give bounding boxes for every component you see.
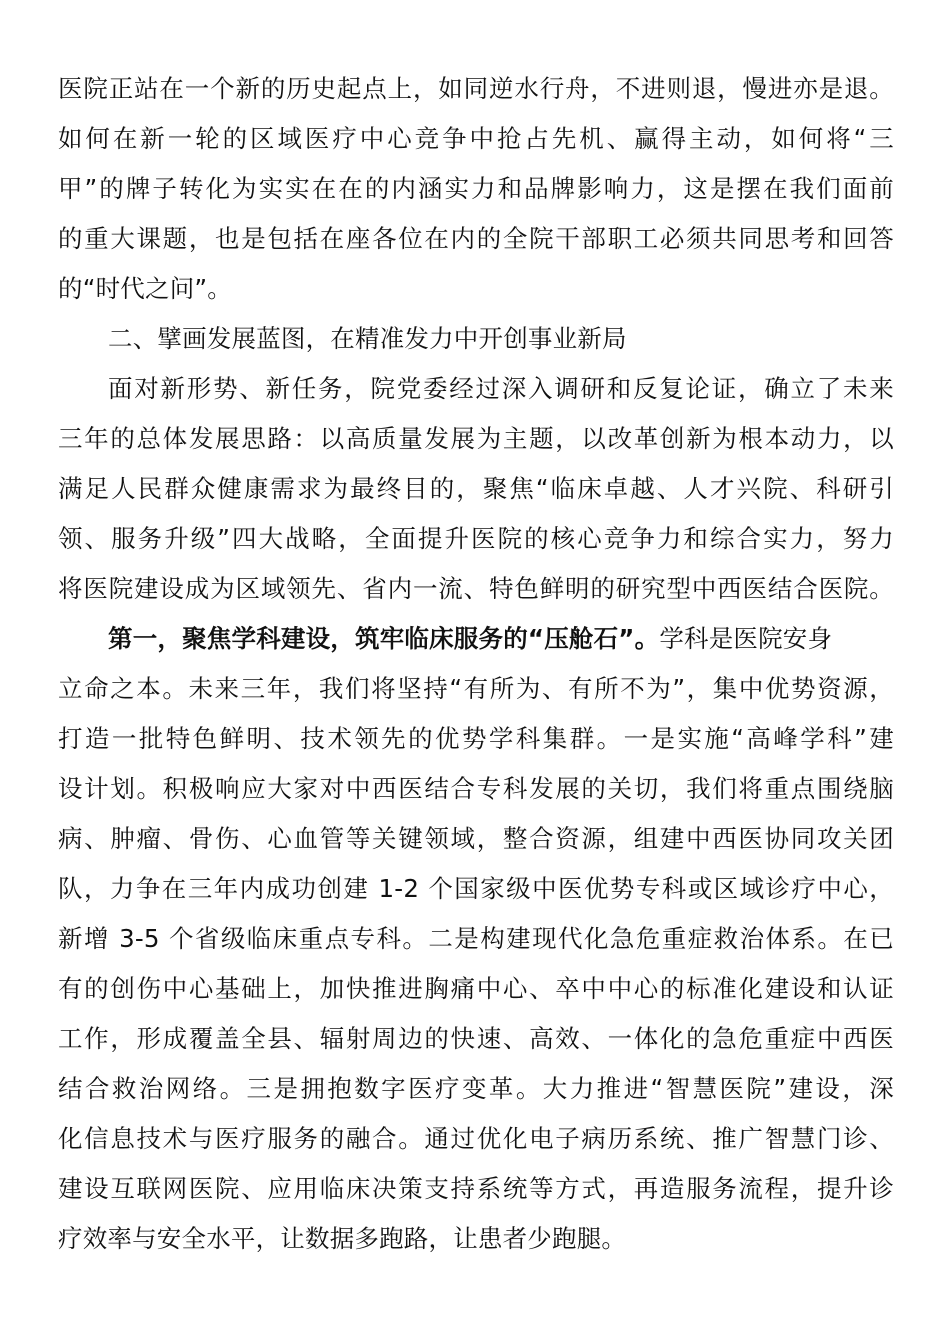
text-line: 三年的总体发展思路：以高质量发展为主题，以改革创新为根本动力，以: [58, 414, 894, 464]
text-line: 打造一批特色鲜明、技术领先的优势学科集群。一是实施“高峰学科”建: [58, 714, 894, 764]
text-line: 立命之本。未来三年，我们将坚持“有所为、有所不为”，集中优势资源，: [58, 664, 894, 714]
text-line: 疗效率与安全水平，让数据多跑路，让患者少跑腿。: [58, 1214, 894, 1264]
bold-lead-sentence: 第一，聚焦学科建设，筑牢临床服务的“压舱石”。: [108, 624, 659, 653]
text-line: 设计划。积极响应大家对中西医结合专科发展的关切，我们将重点围绕脑: [58, 764, 894, 814]
document-page: 医院正站在一个新的历史起点上，如同逆水行舟，不进则退，慢进亦是退。 如何在新一轮…: [58, 64, 894, 1264]
text-line: 的重大课题，也是包括在座各位在内的全院干部职工必须共同思考和回答: [58, 214, 894, 264]
text-line: 工作，形成覆盖全县、辐射周边的快速、高效、一体化的急危重症中西医: [58, 1014, 894, 1064]
text-line: 满足人民群众健康需求为最终目的，聚焦“临床卓越、人才兴院、科研引: [58, 464, 894, 514]
text-line: 新增 3-5 个省级临床重点专科。二是构建现代化急危重症救治体系。在已: [58, 914, 894, 964]
text-line: 如何在新一轮的区域医疗中心竞争中抢占先机、赢得主动，如何将“三: [58, 114, 894, 164]
text-line: 领、服务升级”四大战略，全面提升医院的核心竞争力和综合实力，努力: [58, 514, 894, 564]
text-run: 学科是医院安身: [659, 624, 832, 653]
text-line: 结合救治网络。三是拥抱数字医疗变革。大力推进“智慧医院”建设，深: [58, 1064, 894, 1114]
text-line: 的“时代之问”。: [58, 264, 894, 314]
text-line: 建设互联网医院、应用临床决策支持系统等方式，再造服务流程，提升诊: [58, 1164, 894, 1214]
text-line: 病、肿瘤、骨伤、心血管等关键领域，整合资源，组建中西医协同攻关团: [58, 814, 894, 864]
text-line: 队，力争在三年内成功创建 1-2 个国家级中医优势专科或区域诊疗中心，: [58, 864, 894, 914]
text-line: 医院正站在一个新的历史起点上，如同逆水行舟，不进则退，慢进亦是退。: [58, 64, 894, 114]
text-line: 面对新形势、新任务，院党委经过深入调研和反复论证，确立了未来: [58, 364, 894, 414]
section-heading: 二、擘画发展蓝图，在精准发力中开创事业新局: [58, 314, 894, 364]
text-line: 甲”的牌子转化为实实在在的内涵实力和品牌影响力，这是摆在我们面前: [58, 164, 894, 214]
text-line: 有的创伤中心基础上，加快推进胸痛中心、卒中中心的标准化建设和认证: [58, 964, 894, 1014]
text-line: 化信息技术与医疗服务的融合。通过优化电子病历系统、推广智慧门诊、: [58, 1114, 894, 1164]
text-line: 将医院建设成为区域领先、省内一流、特色鲜明的研究型中西医结合医院。: [58, 564, 894, 614]
text-line: 第一，聚焦学科建设，筑牢临床服务的“压舱石”。学科是医院安身: [58, 614, 894, 664]
